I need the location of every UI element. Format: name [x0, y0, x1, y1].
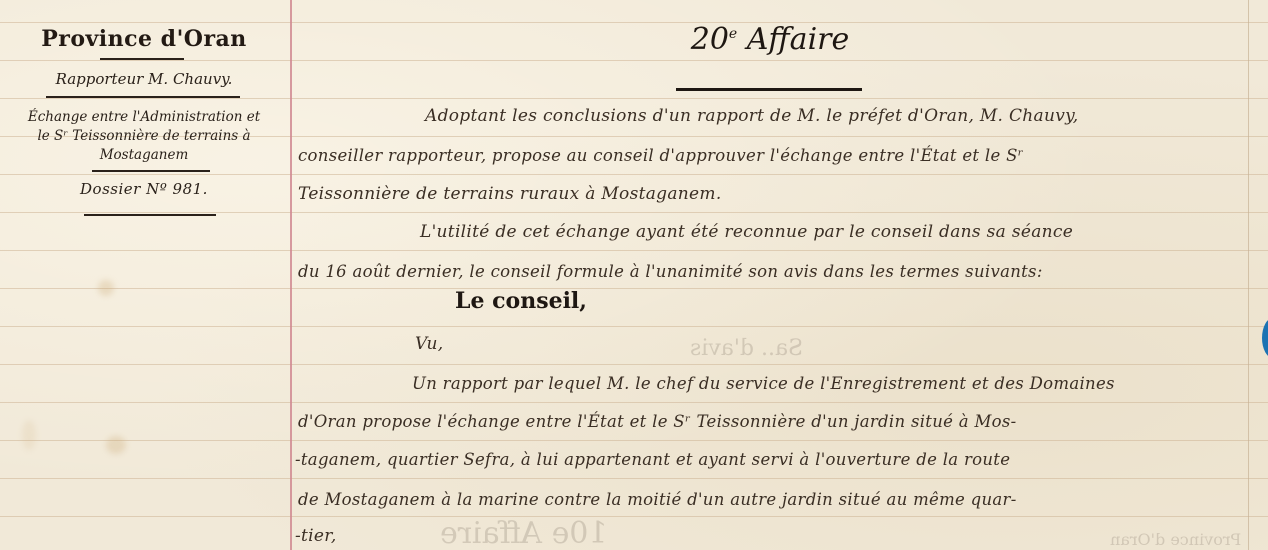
body-line: du 16 août dernier, le conseil formule à…: [298, 262, 1043, 281]
paper-stain: [106, 436, 126, 454]
right-ruled-line: [1248, 0, 1249, 550]
dossier-underline: [84, 214, 216, 216]
manuscript-page: Sa.. d'avis 10e Affaire Province d'Oran …: [0, 0, 1268, 550]
body-line: Adoptant les conclusions d'un rapport de…: [425, 106, 1078, 126]
province-title: Province d'Oran: [40, 26, 248, 52]
bleed-through-text: 10e Affaire: [440, 516, 608, 550]
bleed-through-text: Sa.. d'avis: [690, 336, 803, 361]
subject-line: Mostaganem: [10, 146, 278, 165]
blue-tab-marker: [1262, 318, 1268, 358]
rapporteur-label: Rapporteur M. Chauvy.: [30, 70, 258, 88]
ruled-line: [0, 250, 1268, 251]
affaire-heading: 20e Affaire: [640, 22, 900, 57]
paper-stain: [22, 420, 36, 450]
bleed-through-text: Province d'Oran: [1110, 530, 1241, 549]
ruled-line: [0, 364, 1268, 365]
affaire-label: Affaire: [747, 22, 850, 57]
ruled-line: [0, 212, 1268, 213]
ruled-line: [0, 516, 1268, 517]
subject-line: Échange entre l'Administration et: [10, 108, 278, 127]
ordinal-suffix: e: [729, 26, 737, 42]
rapporteur-underline: [46, 96, 240, 98]
dossier-number: Dossier Nº 981.: [40, 180, 248, 198]
body-line: de Mostaganem à la marine contre la moit…: [298, 490, 1017, 509]
ruled-line: [0, 402, 1268, 403]
ruled-line: [0, 440, 1268, 441]
vu-label: Vu,: [415, 334, 443, 354]
ruled-line: [0, 98, 1268, 99]
ruled-line: [0, 478, 1268, 479]
affaire-number: 20: [691, 22, 729, 57]
province-underline: [100, 58, 184, 60]
subject-summary: Échange entre l'Administration et le Sʳ …: [10, 108, 278, 165]
ruled-line: [0, 60, 1268, 61]
body-line: -taganem, quartier Sefra, à lui apparten…: [295, 450, 1010, 469]
body-line: Teissonnière de terrains ruraux à Mostag…: [298, 184, 722, 204]
body-line: d'Oran propose l'échange entre l'État et…: [298, 412, 1017, 431]
ruled-line: [0, 326, 1268, 327]
body-line: conseiller rapporteur, propose au consei…: [298, 146, 1024, 165]
margin-line: [290, 0, 292, 550]
paper-stain: [98, 280, 114, 296]
subject-line: le Sʳ Teissonnière de terrains à: [10, 127, 278, 146]
subject-underline: [92, 170, 210, 172]
ruled-line: [0, 22, 1268, 23]
body-line: Un rapport par lequel M. le chef du serv…: [412, 374, 1115, 393]
body-line: -tier,: [295, 526, 337, 546]
body-line: L'utilité de cet échange ayant été recon…: [420, 222, 1073, 242]
council-heading: Le conseil,: [455, 288, 587, 314]
heading-underline: [676, 88, 862, 91]
ruled-line: [0, 174, 1268, 175]
ruled-line: [0, 288, 1268, 289]
